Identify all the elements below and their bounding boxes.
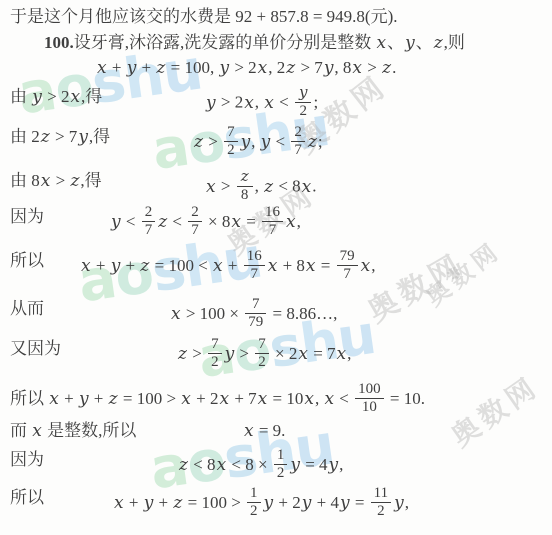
line-label: 由 8x > z,得 xyxy=(10,170,102,193)
fraction: 12 xyxy=(274,447,288,482)
fraction: z8 xyxy=(237,168,253,204)
math-variable: x xyxy=(301,177,313,197)
line-label: 又因为 xyxy=(10,338,61,361)
math-variable: x xyxy=(297,344,309,364)
math-variable: y xyxy=(78,389,90,409)
math-variable: y xyxy=(31,87,43,107)
line-label: 所以 xyxy=(10,250,44,273)
math-variable: z xyxy=(108,389,119,409)
math-variable: z xyxy=(40,127,51,147)
fraction: 27 xyxy=(142,204,156,239)
math-variable: x xyxy=(80,256,92,276)
math-variable: z xyxy=(240,167,250,185)
line-label: 100.设牙膏,沐浴露,洗发露的单价分别是整数 x、y、z,则 xyxy=(44,32,465,55)
fraction: 797 xyxy=(337,248,358,283)
watermark-letter: a xyxy=(148,115,192,182)
math-variable: z xyxy=(263,177,274,197)
line-formula: x + y + z = 100 < x + 167x + 8x = 797x, xyxy=(80,250,375,285)
math-variable: y xyxy=(393,493,405,513)
line-formula: z < 8x < 8 × 12y = 4y, xyxy=(178,449,343,484)
math-variable: y xyxy=(110,212,122,232)
math-variable: y xyxy=(404,33,416,53)
math-variable: x xyxy=(212,256,224,276)
math-variable: x xyxy=(170,304,182,324)
fraction: 167 xyxy=(262,204,283,239)
math-variable: x xyxy=(216,455,228,475)
math-variable: x xyxy=(180,389,192,409)
line-formula: x > 100 × 779 = 8.86…, xyxy=(170,298,337,333)
math-variable: x xyxy=(230,212,242,232)
math-variable: z xyxy=(177,344,188,364)
math-variable: x xyxy=(305,256,317,276)
math-variable: y xyxy=(289,455,301,475)
math-variable: x xyxy=(285,212,297,232)
fraction: 12 xyxy=(247,485,261,520)
fraction: 72 xyxy=(208,336,222,371)
watermark-aoshu-cn: 奥数网 xyxy=(422,238,505,310)
math-variable: x xyxy=(303,389,315,409)
line-formula: x > z8, z < 8x. xyxy=(205,170,317,206)
watermark-aoshu-cn: 奥数网 xyxy=(447,372,544,452)
math-variable: y xyxy=(263,493,275,513)
math-variable: x xyxy=(267,256,279,276)
line-formula: z > 72y, y < 27z; xyxy=(193,126,323,161)
math-variable: y xyxy=(110,256,122,276)
line-label: 所以 xyxy=(10,487,44,510)
math-variable: z xyxy=(285,58,296,78)
math-variable: z xyxy=(157,212,168,232)
scanned-math-page: aoshuaoshuaoshuaoshuaoshu奥数网奥数网奥数网奥数网奥数网… xyxy=(0,0,552,535)
line-label: 所以 x + y + z = 100 > x + 2x + 7x = 10x, … xyxy=(10,383,425,418)
math-variable: y xyxy=(126,58,138,78)
fraction: 72 xyxy=(224,124,238,159)
fraction: 27 xyxy=(188,204,202,239)
fraction: 72 xyxy=(255,336,269,371)
line-label: 由 y > 2x,得 xyxy=(10,86,102,109)
math-variable: z xyxy=(307,132,318,152)
math-variable: x xyxy=(376,33,388,53)
math-variable: y xyxy=(339,493,351,513)
math-variable: x xyxy=(263,93,275,113)
math-variable: z xyxy=(69,171,80,191)
math-variable: x xyxy=(243,93,255,113)
math-variable: y xyxy=(77,127,89,147)
math-variable: y xyxy=(218,58,230,78)
math-variable: x xyxy=(351,58,363,78)
line-formula: x + y + z = 100 > 12y + 2y + 4y = 112y, xyxy=(113,487,409,522)
line-formula: x = 9. xyxy=(243,420,285,443)
math-variable: z xyxy=(172,493,183,513)
math-variable: y xyxy=(328,455,340,475)
math-variable: z xyxy=(155,58,166,78)
math-variable: x xyxy=(243,421,255,441)
math-variable: y xyxy=(205,93,217,113)
line-label: x + y + z = 100, y > 2x, 2z > 7y, 8x > z… xyxy=(96,57,396,80)
line-label: 因为 xyxy=(10,449,44,472)
watermark-aoshu-cn: 奥数网 xyxy=(364,250,470,328)
problem-number: 100. xyxy=(44,33,74,52)
line-formula: y < 27z < 27 × 8x = 167x, xyxy=(110,206,301,241)
math-variable: z xyxy=(193,132,204,152)
math-variable: z xyxy=(381,58,392,78)
math-variable: x xyxy=(205,177,217,197)
math-variable: x xyxy=(31,421,43,441)
math-variable: x xyxy=(323,389,335,409)
line-label: 而 x 是整数,所以 xyxy=(10,420,136,443)
math-variable: x xyxy=(257,389,269,409)
math-variable: x xyxy=(257,58,269,78)
line-label: 从而 xyxy=(10,298,44,321)
math-variable: y xyxy=(143,493,155,513)
math-variable: y xyxy=(224,344,236,364)
math-variable: x xyxy=(336,344,348,364)
line-formula: y > 2x, x < y2; xyxy=(205,86,318,122)
math-variable: y xyxy=(298,83,308,101)
line-label: 因为 xyxy=(10,206,44,229)
fraction: 779 xyxy=(245,296,266,331)
math-variable: x xyxy=(113,493,125,513)
fraction: 167 xyxy=(244,248,265,283)
line-label: 于是这个月他应该交的水费是 92 + 857.8 = 949.8(元). xyxy=(10,6,398,29)
math-variable: x xyxy=(40,171,52,191)
math-variable: y xyxy=(301,493,313,513)
math-variable: x xyxy=(360,256,372,276)
fraction: 27 xyxy=(291,124,305,159)
math-variable: z xyxy=(139,256,150,276)
math-variable: y xyxy=(260,132,272,152)
math-variable: x xyxy=(69,87,81,107)
math-variable: z xyxy=(433,33,444,53)
math-variable: y xyxy=(240,132,252,152)
math-variable: x xyxy=(96,58,108,78)
line-label: 由 2z > 7y,得 xyxy=(10,126,110,149)
line-formula: z > 72y > 72 × 2x = 7x, xyxy=(177,338,351,373)
math-variable: x xyxy=(218,389,230,409)
fraction: 112 xyxy=(371,485,391,520)
fraction: y2 xyxy=(295,84,311,120)
math-variable: z xyxy=(178,455,189,475)
math-variable: y xyxy=(323,58,335,78)
math-variable: x xyxy=(48,389,60,409)
fraction: 10010 xyxy=(355,381,384,416)
